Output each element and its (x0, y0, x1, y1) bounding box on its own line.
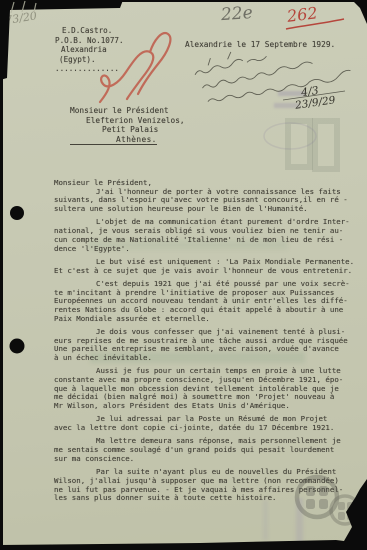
paragraph: C'est depuis 1921 que j'ai été poussé pa… (54, 280, 363, 324)
page-number-pencil: 22e (220, 3, 253, 25)
scanned-letter-page: (73/20 22e 262 4/3 23/9/29 E.D.Castro. P… (0, 0, 367, 550)
paragraph: Le but visé est uniquement : 'La Paix Mo… (54, 258, 363, 275)
recipient-line: Petit Palais (70, 125, 185, 135)
dateline: Alexandrie le 17 Septembre 1929. (185, 40, 335, 49)
faint-stamp-glyph (285, 118, 313, 170)
sender-line: E.D.Castro. (55, 26, 124, 36)
faint-stamp-glyph (312, 118, 340, 172)
recipient-city-underlined: Athènes. (70, 135, 157, 146)
sender-line: Alexandria (55, 45, 124, 55)
paragraph: Aussi je fus pour un certain temps en pr… (54, 367, 363, 411)
recipient-line: Monsieur le Président (70, 106, 185, 116)
recipient-address-block: Monsieur le Président Elefterion Venizel… (70, 106, 185, 145)
recipient-line: Athènes. (70, 135, 185, 146)
sender-address-block: E.D.Castro. P.O.B. No.1077. Alexandria (… (55, 26, 124, 74)
recipient-line: Elefterion Venizelos, (70, 116, 185, 126)
sender-line: P.O.B. No.1077. (55, 36, 124, 46)
sender-line: (Egypt). (55, 55, 124, 65)
paragraph: J'ai l'honneur de porter à votre connais… (54, 188, 363, 214)
paragraph: Ma lettre demeura sans réponse, mais per… (54, 437, 363, 463)
paragraph: Je lui adressai par la Poste un Résumé d… (54, 415, 363, 432)
paragraph: L'objet de ma communication étant pureme… (54, 218, 363, 253)
paragraph: Par la suite n'ayant plus eu de nouvelle… (54, 468, 363, 503)
paragraph: Je dois vous confesser que j'ai vainemen… (54, 328, 363, 363)
sender-line: .............. (55, 64, 124, 74)
page-number-red: 262 (286, 3, 319, 26)
letter-body: Monsieur le Président, J'ai l'honneur de… (54, 179, 363, 508)
